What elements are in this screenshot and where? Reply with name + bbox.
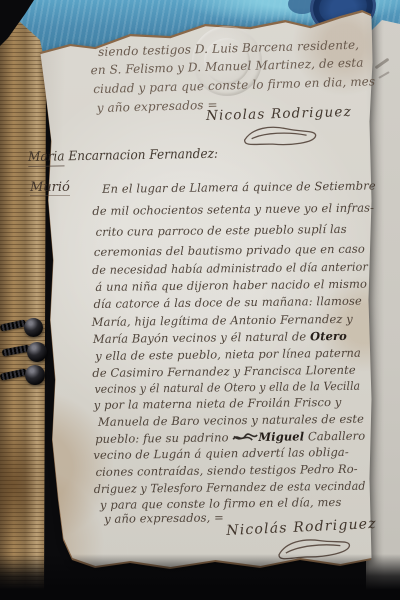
corrected-word-miguel: Miguel <box>258 429 304 444</box>
entry-heading: Maria Encarnacion Fernandez: <box>28 148 218 164</box>
pin-head <box>25 365 45 385</box>
corrected-word-otero: Otero <box>310 329 347 343</box>
entry-line: y año expresados, = <box>104 512 224 525</box>
entry-line: y por la materna nieta de Froilán Frisco… <box>94 397 342 412</box>
heading-name-rest: Encarnacion Fernandez: <box>64 147 218 165</box>
pin-head <box>24 318 43 337</box>
entry-line-text: Caballero <box>304 429 365 444</box>
closing-line: y año expresados = <box>97 99 218 114</box>
photo-of-manuscript: { "colors": { "denim_background": "#4a8b… <box>0 0 400 600</box>
signature-rubric <box>238 122 321 150</box>
ink-scribble <box>232 431 258 443</box>
entry-line: pueblo: fue su padrino Miguel Caballero <box>95 430 365 446</box>
entry-line-text: pueblo: fue su padrino <box>95 430 232 446</box>
entry-line: vecino de Lugán á quien advertí las obli… <box>93 447 349 462</box>
entry-line: María Bayón vecinos y él natural de Oter… <box>93 331 347 346</box>
margin-note-murio: Murió <box>30 181 70 196</box>
entry-line-text: María Bayón vecinos y él natural de <box>93 329 310 346</box>
entry-line: crito cura parroco de este pueblo suplí … <box>96 224 347 239</box>
heading-name-underlined: Maria <box>28 149 65 167</box>
entry-line: y para que conste lo firmo en el día, me… <box>100 497 342 511</box>
pin-head <box>27 342 47 362</box>
